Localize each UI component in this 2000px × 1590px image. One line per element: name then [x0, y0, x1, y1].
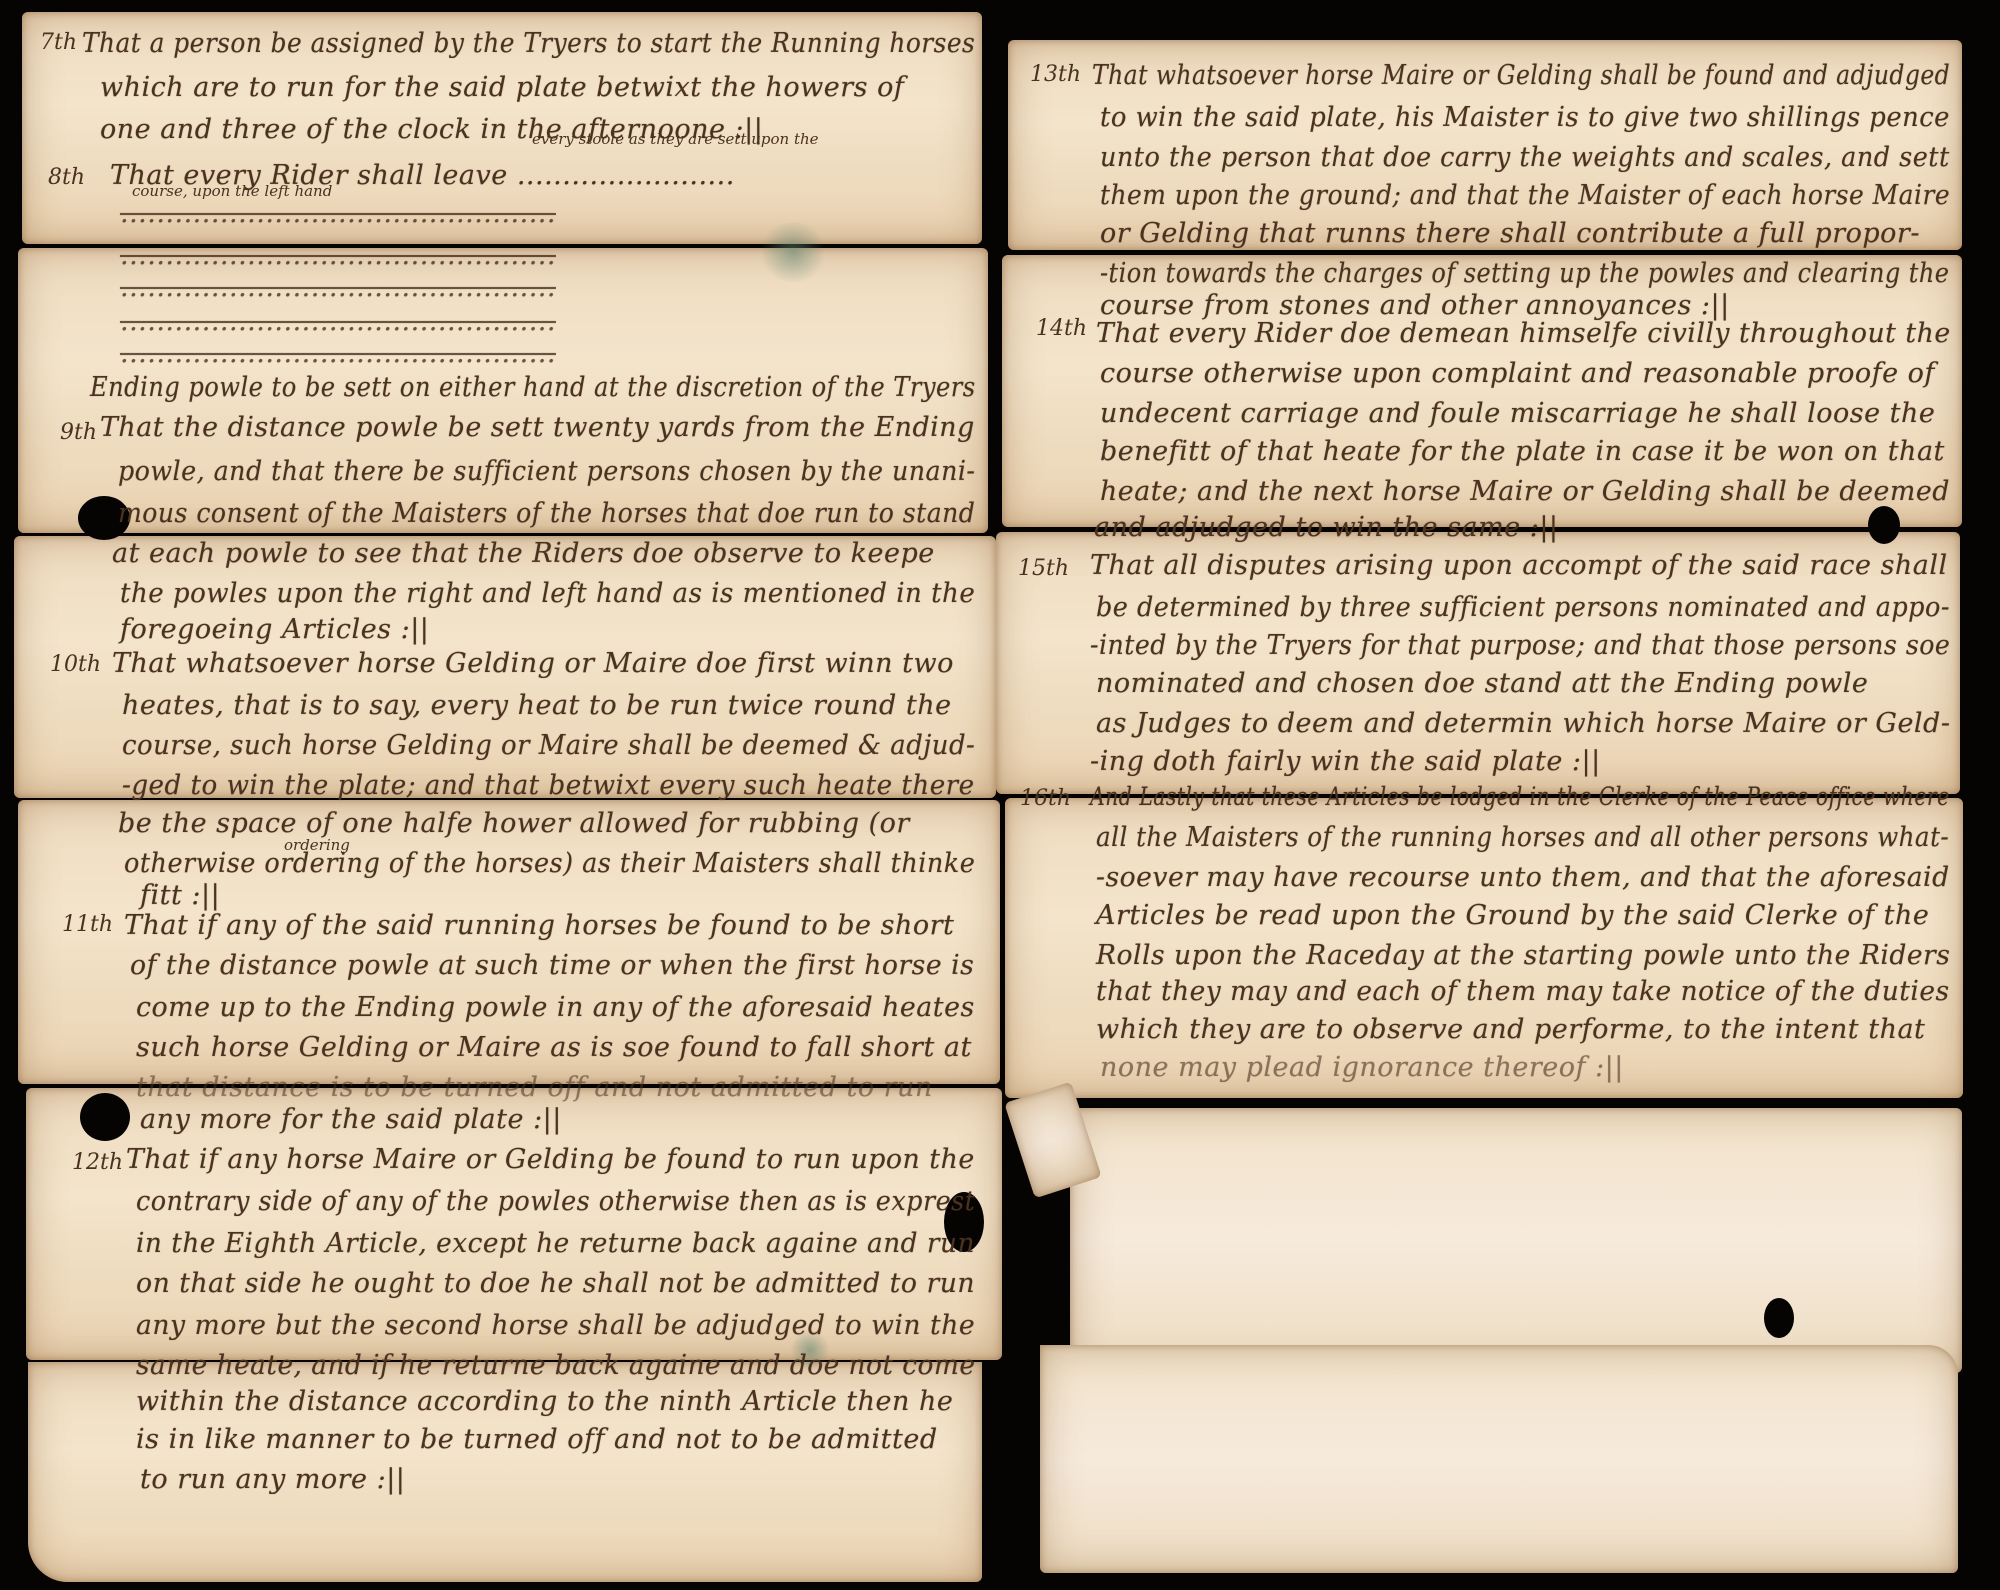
burn-hole: [1764, 1298, 1794, 1338]
article-line: on that side he ought to doe he shall no…: [136, 1268, 975, 1299]
article-line: and adjudged to win the same :||: [1094, 512, 1559, 543]
article-line: in the Eighth Article, except he returne…: [136, 1228, 975, 1259]
article-line: -ing doth fairly win the said plate :||: [1090, 746, 1601, 777]
article-line: be determined by three sufficient person…: [1096, 592, 1950, 623]
article-line: within the distance according to the nin…: [136, 1386, 953, 1417]
torn-corner-fragment: [1004, 1082, 1101, 1199]
article-line: none may plead ignorance thereof :||: [1100, 1052, 1624, 1083]
article-number: 10th: [50, 652, 101, 677]
article-line: to run any more :||: [140, 1464, 405, 1495]
article-line: That whatsoever horse Maire or Gelding s…: [1092, 60, 1950, 91]
article-line: is in like manner to be turned off and n…: [136, 1424, 938, 1455]
article-line: any more but the second horse shall be a…: [136, 1310, 975, 1341]
article-line: same heate, and if he returne back again…: [136, 1350, 975, 1381]
article-line: the powles upon the right and left hand …: [120, 578, 975, 609]
article-line: unto the person that doe carry the weigh…: [1100, 142, 1950, 173]
article-number: 15th: [1018, 556, 1069, 581]
article-number: 14th: [1036, 316, 1087, 341]
article-line: That whatsoever horse Gelding or Maire d…: [112, 648, 954, 679]
article-line: any more for the said plate :||: [140, 1104, 562, 1135]
article-line: which are to run for the said plate betw…: [100, 72, 904, 103]
article-number: 8th: [48, 165, 85, 190]
article-line: course from stones and other annoyances …: [1100, 290, 1730, 321]
struck-line: ........................................…: [120, 272, 556, 303]
article-line: nominated and chosen doe stand att the E…: [1096, 668, 1868, 699]
article-line: that they may and each of them may take …: [1096, 976, 1950, 1007]
article-line: or Gelding that runns there shall contri…: [1100, 218, 1920, 249]
article-number: 11th: [62, 912, 113, 937]
struck-line: ........................................…: [120, 306, 556, 337]
article-line: fitt :||: [140, 880, 220, 911]
article-line: which they are to observe and performe, …: [1096, 1014, 1925, 1045]
article-line: heate; and the next horse Maire or Geldi…: [1100, 476, 1950, 507]
article-number: 7th: [40, 30, 77, 55]
article-line: foregoeing Articles :||: [120, 614, 429, 645]
article-line: as Judges to deem and determin which hor…: [1096, 708, 1950, 739]
article-line: mous consent of the Maisters of the hors…: [118, 498, 975, 529]
article-line: benefitt of that heate for the plate in …: [1100, 436, 1945, 467]
article-line: all the Maisters of the running horses a…: [1096, 822, 1949, 853]
article-line: otherwise ordering of the horses) as the…: [124, 848, 975, 879]
article-number: 16th: [1020, 786, 1071, 811]
right-blank-sheet-upper: [1070, 1108, 1962, 1373]
article-line: That the distance powle be sett twenty y…: [100, 412, 975, 443]
article-line: That all disputes arising upon accompt o…: [1090, 550, 1948, 581]
article-line: -tion towards the charges of setting up …: [1100, 258, 1949, 289]
article-line: -ged to win the plate; and that betwixt …: [122, 770, 975, 801]
article-line: contrary side of any of the powles other…: [136, 1186, 975, 1217]
article-line: And Lastly that these Articles be lodged…: [1090, 782, 1950, 811]
interlinear-insertion: every stoole as they are sett upon the: [532, 130, 819, 148]
article-line: -soever may have recourse unto them, and…: [1096, 862, 1950, 893]
article-line: That a person be assigned by the Tryers …: [82, 28, 975, 59]
article-line: be the space of one halfe hower allowed …: [118, 808, 910, 839]
burn-hole: [1868, 506, 1900, 544]
article-line: that distance is to be turned off and no…: [136, 1072, 933, 1103]
right-blank-sheet-lower: [1040, 1345, 1958, 1573]
green-stain: [758, 222, 828, 282]
article-line: That if any horse Maire or Gelding be fo…: [126, 1144, 975, 1175]
article-line: such horse Gelding or Maire as is soe fo…: [136, 1032, 972, 1063]
article-line: undecent carriage and foule miscarriage …: [1100, 398, 1935, 429]
article-line: That if any of the said running horses b…: [124, 910, 954, 941]
struck-line: ........................................…: [120, 198, 556, 229]
article-line: Rolls upon the Raceday at the starting p…: [1096, 940, 1950, 971]
struck-line: ........................................…: [120, 240, 556, 271]
article-line: course otherwise upon complaint and reas…: [1100, 358, 1935, 389]
article-line: Articles be read upon the Ground by the …: [1096, 900, 1929, 931]
article-line: come up to the Ending powle in any of th…: [136, 992, 975, 1023]
article-line: Ending powle to be sett on either hand a…: [90, 372, 976, 403]
article-line: them upon the ground; and that the Maist…: [1100, 180, 1950, 211]
article-line: powle, and that there be sufficient pers…: [118, 456, 975, 487]
article-number: 9th: [60, 420, 97, 445]
article-line: to win the said plate, his Maister is to…: [1100, 102, 1950, 133]
article-number: 13th: [1030, 62, 1081, 87]
article-number: 12th: [72, 1150, 123, 1175]
burn-hole: [80, 1093, 130, 1141]
article-line: at each powle to see that the Riders doe…: [112, 538, 935, 569]
article-line: heates, that is to say, every heat to be…: [122, 690, 952, 721]
struck-line: ........................................…: [120, 338, 556, 369]
article-line: of the distance powle at such time or wh…: [130, 950, 974, 981]
article-line: That every Rider doe demean himselfe civ…: [1096, 318, 1951, 349]
article-line: course, such horse Gelding or Maire shal…: [122, 730, 975, 761]
article-line: -inted by the Tryers for that purpose; a…: [1090, 630, 1950, 661]
